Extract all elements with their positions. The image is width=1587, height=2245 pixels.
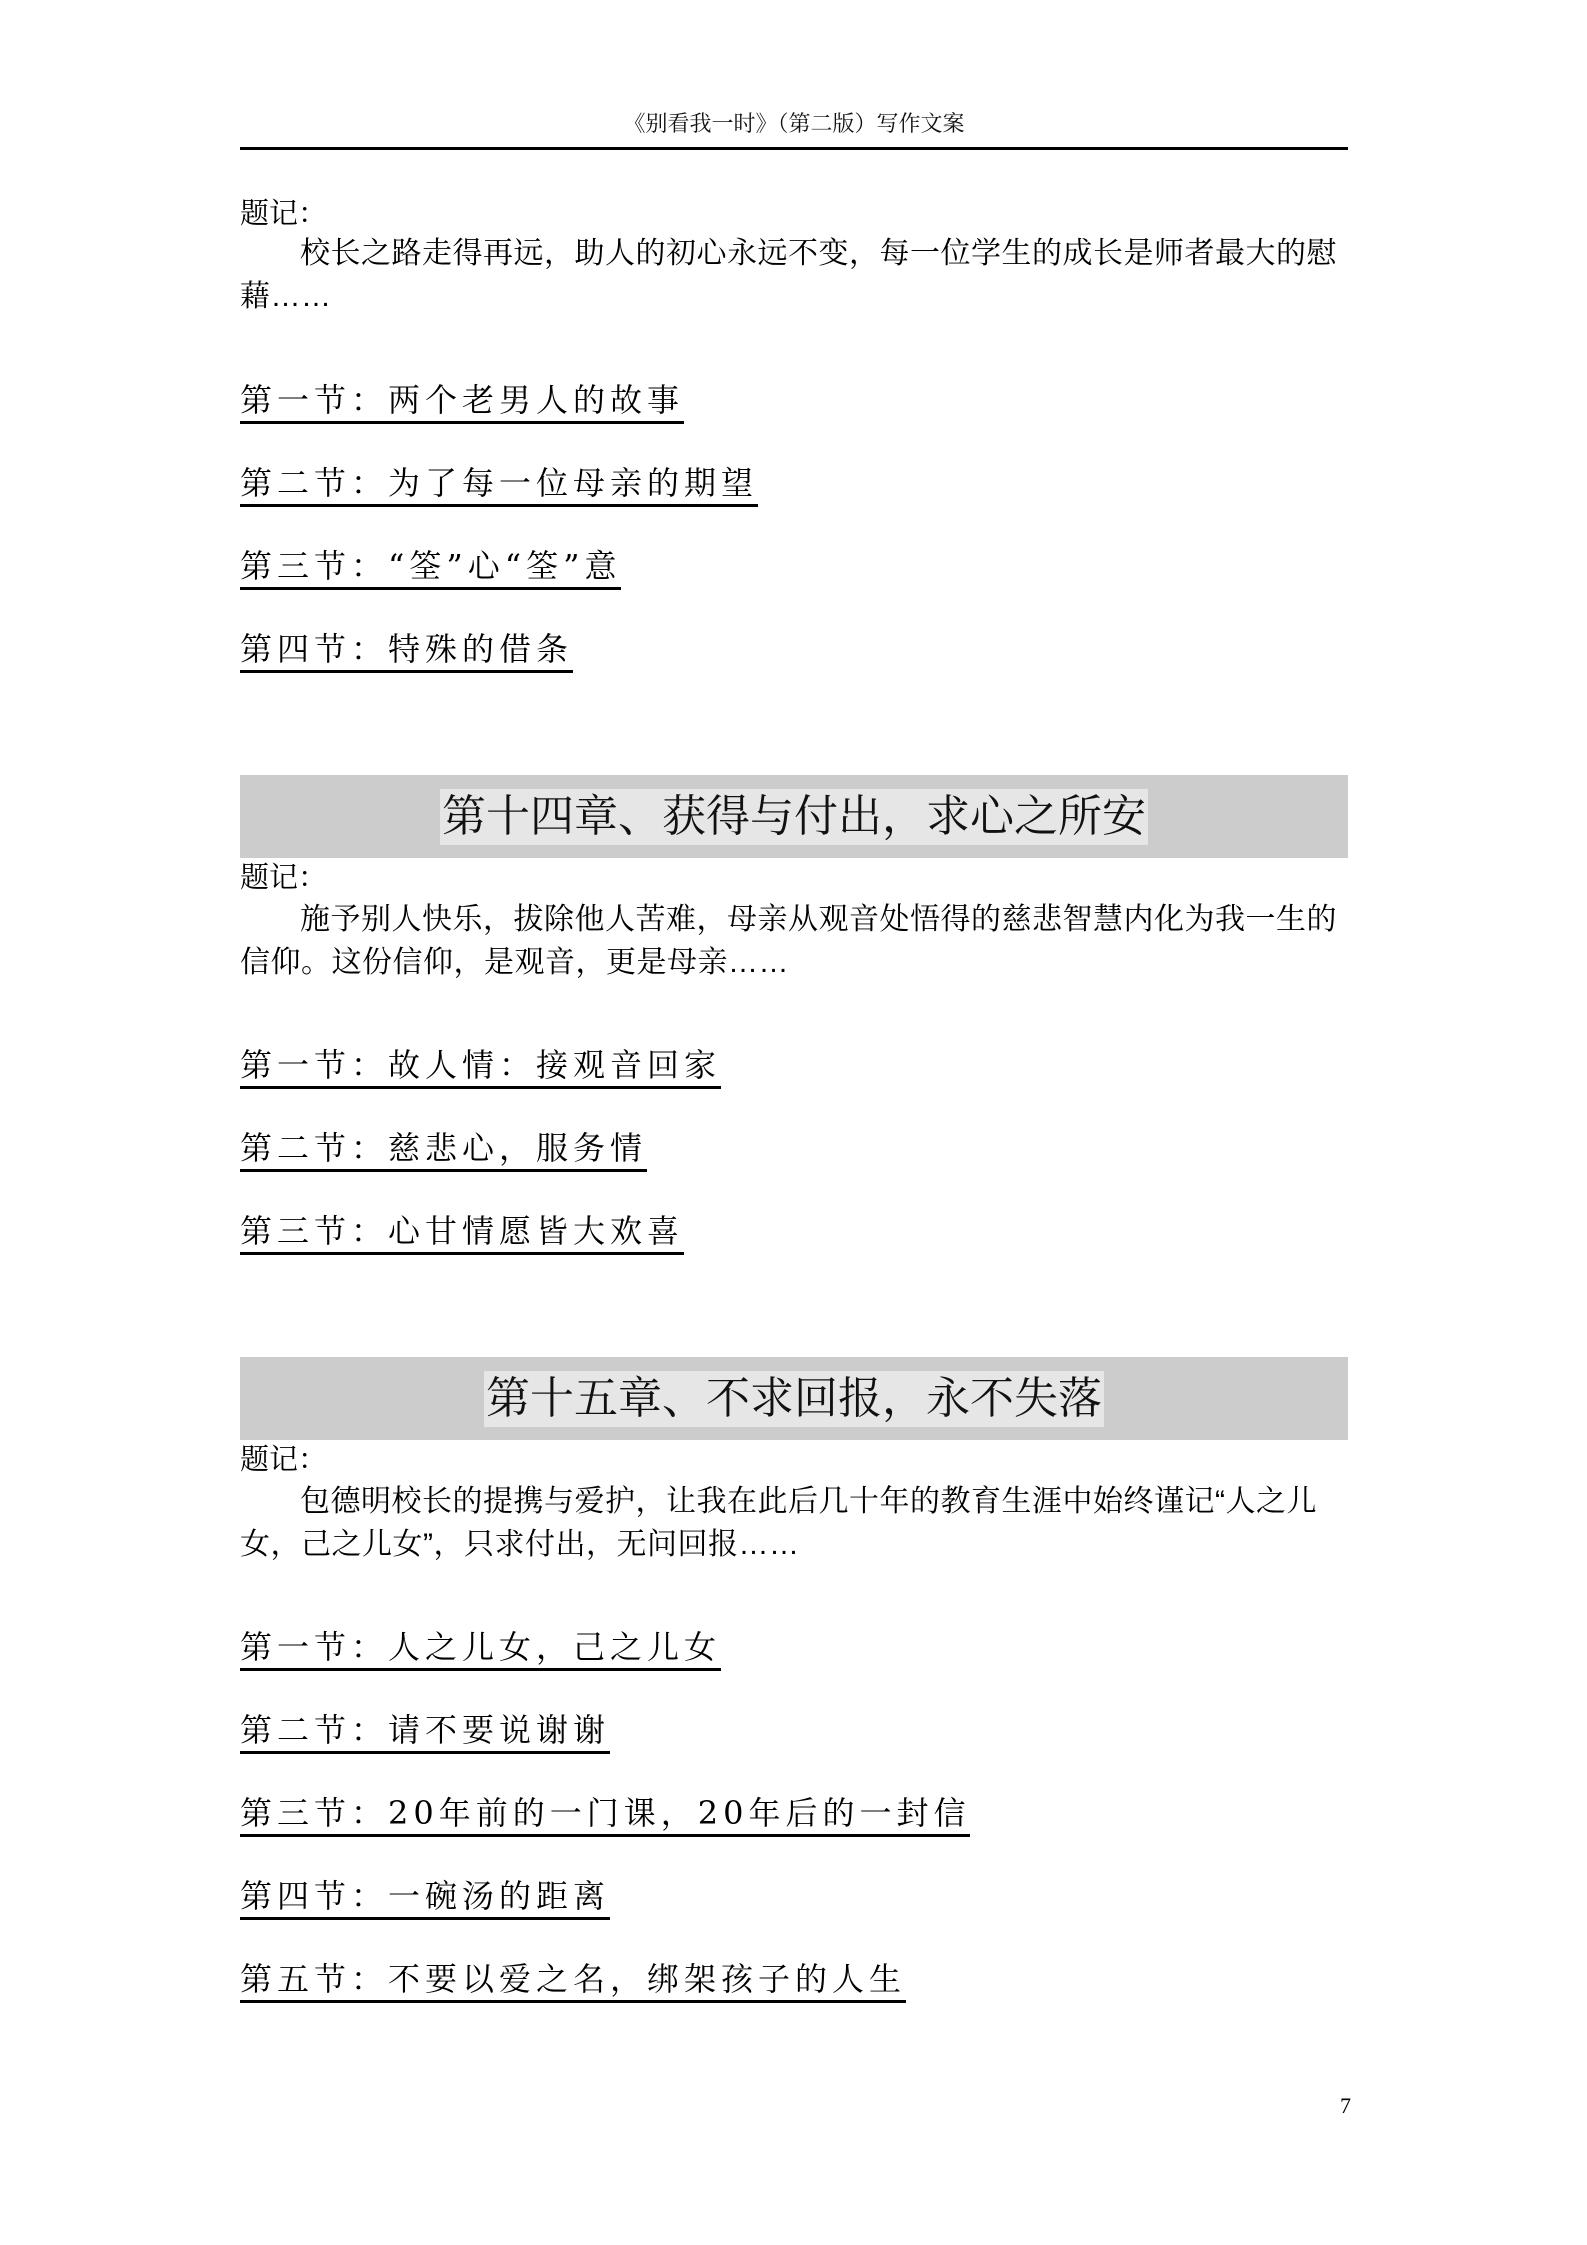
section-link-4[interactable]: 第四节：一碗汤的距离 — [240, 1876, 610, 1920]
section-link-3[interactable]: 第三节：“筌”心“筌”意 — [240, 546, 621, 590]
document-page: 《别看我一时》（第二版）写作文案 题记： 校长之路走得再远，助人的初心永远不变，… — [0, 0, 1587, 2245]
section-link-3[interactable]: 第三节：心甘情愿皆大欢喜 — [240, 1211, 684, 1255]
section-link-4[interactable]: 第四节：特殊的借条 — [240, 629, 573, 673]
epigraph-label: 题记： — [240, 196, 327, 232]
chapter-15-heading: 第十五章、不求回报，永不失落 — [240, 1357, 1348, 1440]
section-link-2[interactable]: 第二节：慈悲心，服务情 — [240, 1128, 647, 1172]
section-link-5[interactable]: 第五节：不要以爱之名，绑架孩子的人生 — [240, 1959, 906, 2003]
section-link-2[interactable]: 第二节：为了每一位母亲的期望 — [240, 463, 758, 507]
chapter-title: 第十五章、不求回报，永不失落 — [484, 1371, 1104, 1427]
epigraph-label: 题记： — [240, 860, 327, 896]
chapter-title: 第十四章、获得与付出，求心之所安 — [440, 789, 1148, 845]
section-link-3[interactable]: 第三节：20年前的一门课，20年后的一封信 — [240, 1793, 970, 1837]
section-link-1[interactable]: 第一节：故人情：接观音回家 — [240, 1045, 721, 1089]
section-link-1[interactable]: 第一节：人之儿女，己之儿女 — [240, 1627, 721, 1671]
epigraph-text: 包德明校长的提携与爱护，让我在此后几十年的教育生涯中始终谨记“人之儿女，己之儿女… — [240, 1480, 1348, 1566]
chapter-14-heading: 第十四章、获得与付出，求心之所安 — [240, 775, 1348, 858]
page-number: 7 — [1340, 2093, 1351, 2119]
epigraph-text: 施予别人快乐，拔除他人苦难，母亲从观音处悟得的慈悲智慧内化为我一生的信仰。这份信… — [240, 898, 1348, 984]
section-link-1[interactable]: 第一节：两个老男人的故事 — [240, 380, 684, 424]
section-link-2[interactable]: 第二节：请不要说谢谢 — [240, 1710, 610, 1754]
epigraph-label: 题记： — [240, 1442, 327, 1478]
epigraph-text: 校长之路走得再远，助人的初心永远不变，每一位学生的成长是师者最大的慰藉…… — [240, 232, 1348, 318]
header-rule — [240, 147, 1348, 150]
running-header: 《别看我一时》（第二版）写作文案 — [240, 110, 1348, 138]
